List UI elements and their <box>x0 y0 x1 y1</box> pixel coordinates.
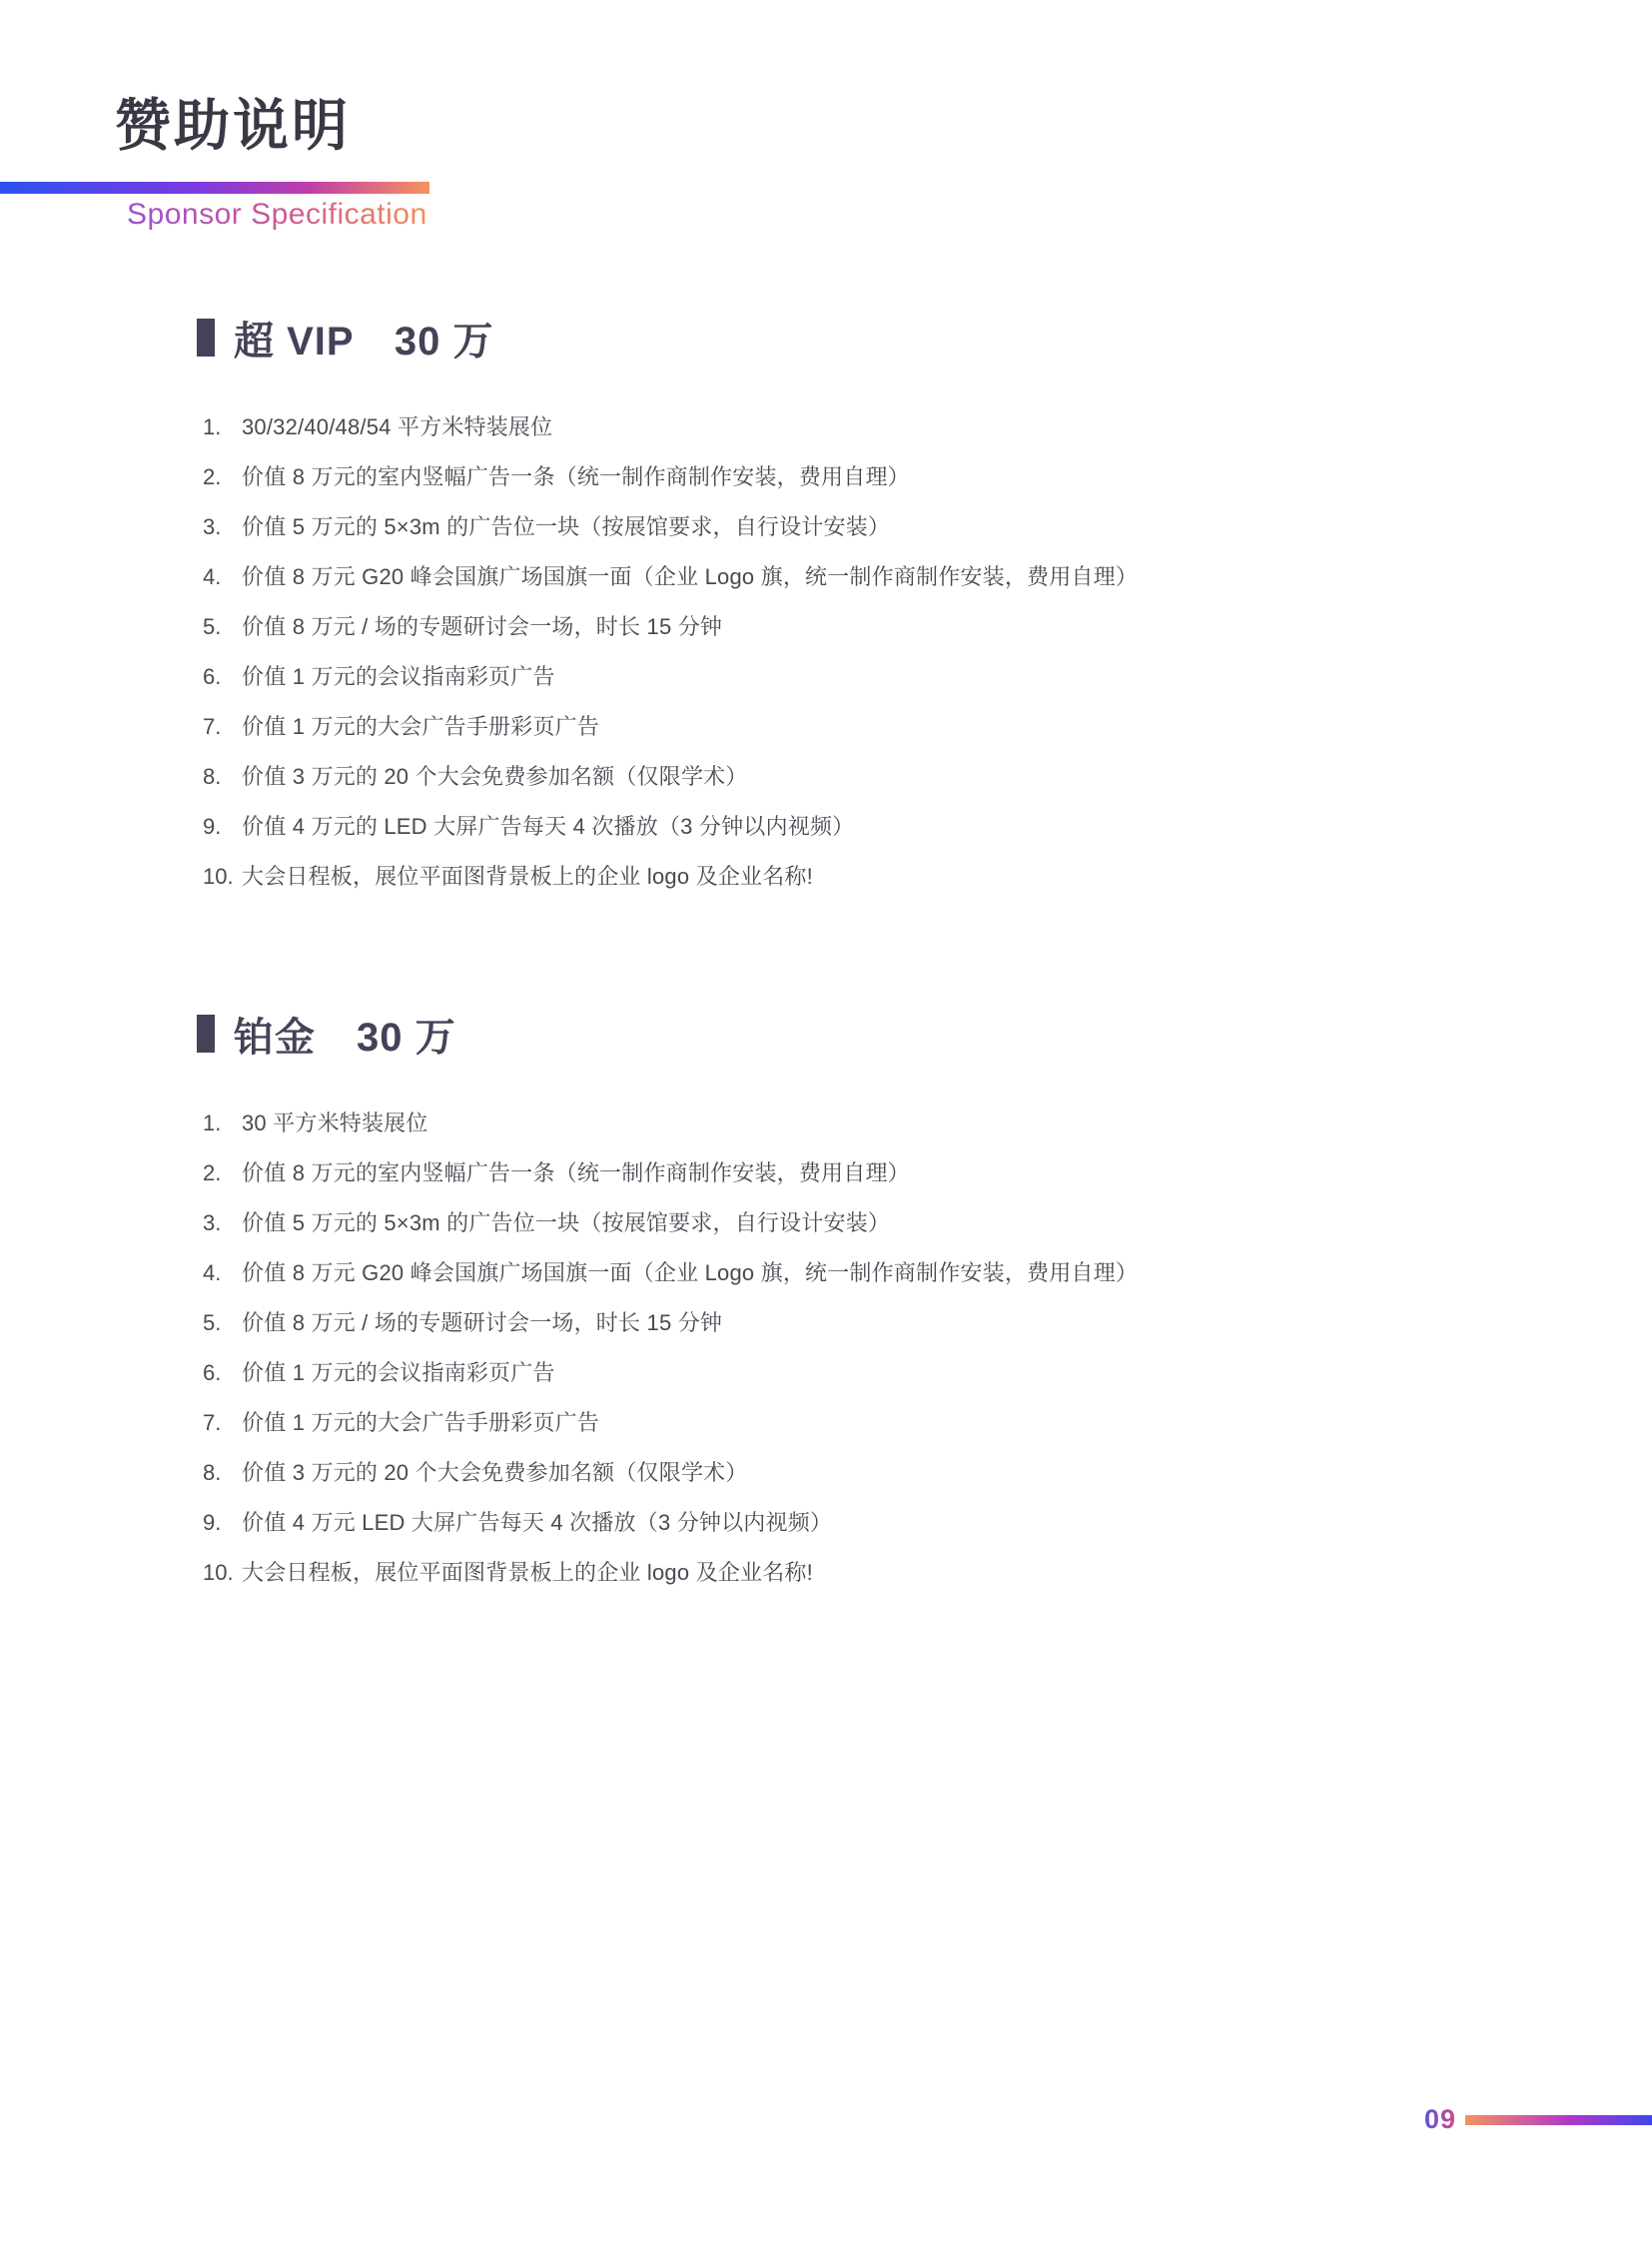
list-item: 1.30/32/40/48/54 平方米特装展位 <box>203 415 1652 438</box>
sponsor-tier-section-platinum: 铂金 30 万 1.30 平方米特装展位2.价值 8 万元的室内竖幅广告一条（统… <box>0 1012 1652 1611</box>
list-item-text: 价值 4 万元 LED 大屏广告每天 4 次播放（3 分钟以内视频） <box>242 1511 832 1534</box>
list-item-text: 30 平方米特装展位 <box>242 1112 428 1134</box>
list-item-number: 6. <box>203 1361 242 1384</box>
list-item: 8.价值 3 万元的 20 个大会免费参加名额（仅限学术） <box>203 1461 1652 1484</box>
list-item-text: 价值 3 万元的 20 个大会免费参加名额（仅限学术） <box>242 765 748 788</box>
list-item: 2.价值 8 万元的室内竖幅广告一条（统一制作商制作安装，费用自理） <box>203 1161 1652 1184</box>
list-item-number: 4. <box>203 1261 242 1284</box>
list-item-text: 价值 8 万元的室内竖幅广告一条（统一制作商制作安装，费用自理） <box>242 465 910 488</box>
list-item-text: 价值 1 万元的大会广告手册彩页广告 <box>242 1411 599 1434</box>
list-item-number: 6. <box>203 665 242 688</box>
list-item-number: 7. <box>203 1411 242 1434</box>
list-item-text: 价值 8 万元 / 场的专题研讨会一场，时长 15 分钟 <box>242 615 722 638</box>
list-item-text: 价值 5 万元的 5×3m 的广告位一块（按展馆要求，自行设计安装） <box>242 515 890 538</box>
list-item-number: 3. <box>203 515 242 538</box>
list-item-text: 价值 8 万元 G20 峰会国旗广场国旗一面（企业 Logo 旗，统一制作商制作… <box>242 1261 1138 1284</box>
list-item: 5.价值 8 万元 / 场的专题研讨会一场，时长 15 分钟 <box>203 1311 1652 1334</box>
list-item-number: 1. <box>203 1112 242 1134</box>
list-item-number: 1. <box>203 415 242 438</box>
section-heading: 超 VIP 30 万 <box>197 316 1652 360</box>
list-item-number: 8. <box>203 1461 242 1484</box>
list-item: 1.30 平方米特装展位 <box>203 1112 1652 1134</box>
list-item-number: 10. <box>203 865 242 888</box>
list-item-number: 5. <box>203 615 242 638</box>
list-item-number: 7. <box>203 715 242 738</box>
page-title: 赞助说明 <box>115 82 351 162</box>
benefit-list: 1.30 平方米特装展位2.价值 8 万元的室内竖幅广告一条（统一制作商制作安装… <box>203 1112 1652 1584</box>
list-item-number: 8. <box>203 765 242 788</box>
list-item-text: 30/32/40/48/54 平方米特装展位 <box>242 415 552 438</box>
list-item-number: 2. <box>203 1161 242 1184</box>
list-item: 6.价值 1 万元的会议指南彩页广告 <box>203 1361 1652 1384</box>
list-item: 2.价值 8 万元的室内竖幅广告一条（统一制作商制作安装，费用自理） <box>203 465 1652 488</box>
list-item-text: 价值 5 万元的 5×3m 的广告位一块（按展馆要求，自行设计安装） <box>242 1211 890 1234</box>
section-marker-bar <box>197 1015 215 1053</box>
list-item: 7.价值 1 万元的大会广告手册彩页广告 <box>203 1411 1652 1434</box>
list-item: 10.大会日程板，展位平面图背景板上的企业 logo 及企业名称! <box>203 865 1652 888</box>
list-item-number: 9. <box>203 1511 242 1534</box>
list-item-text: 价值 1 万元的大会广告手册彩页广告 <box>242 715 599 738</box>
footer-gradient-bar <box>1465 2115 1652 2125</box>
list-item: 10.大会日程板，展位平面图背景板上的企业 logo 及企业名称! <box>203 1561 1652 1584</box>
page-number: 09 <box>1424 2106 1456 2133</box>
list-item: 5.价值 8 万元 / 场的专题研讨会一场，时长 15 分钟 <box>203 615 1652 638</box>
section-title: 铂金 30 万 <box>234 1006 456 1063</box>
page-subtitle: Sponsor Specification <box>127 198 427 232</box>
list-item-text: 大会日程板，展位平面图背景板上的企业 logo 及企业名称! <box>242 1561 813 1584</box>
list-item: 7.价值 1 万元的大会广告手册彩页广告 <box>203 715 1652 738</box>
list-item-text: 价值 1 万元的会议指南彩页广告 <box>242 665 555 688</box>
sponsor-tier-section-super-vip: 超 VIP 30 万 1.30/32/40/48/54 平方米特装展位2.价值 … <box>0 316 1652 915</box>
list-item-text: 价值 8 万元 G20 峰会国旗广场国旗一面（企业 Logo 旗，统一制作商制作… <box>242 565 1138 588</box>
list-item-number: 10. <box>203 1561 242 1584</box>
benefit-list: 1.30/32/40/48/54 平方米特装展位2.价值 8 万元的室内竖幅广告… <box>203 415 1652 888</box>
list-item: 9.价值 4 万元的 LED 大屏广告每天 4 次播放（3 分钟以内视频） <box>203 815 1652 838</box>
list-item-text: 价值 3 万元的 20 个大会免费参加名额（仅限学术） <box>242 1461 748 1484</box>
list-item: 3.价值 5 万元的 5×3m 的广告位一块（按展馆要求，自行设计安装） <box>203 515 1652 538</box>
list-item: 4.价值 8 万元 G20 峰会国旗广场国旗一面（企业 Logo 旗，统一制作商… <box>203 1261 1652 1284</box>
list-item: 8.价值 3 万元的 20 个大会免费参加名额（仅限学术） <box>203 765 1652 788</box>
list-item: 6.价值 1 万元的会议指南彩页广告 <box>203 665 1652 688</box>
list-item-number: 4. <box>203 565 242 588</box>
list-item-number: 9. <box>203 815 242 838</box>
header-gradient-bar <box>0 182 429 194</box>
section-title: 超 VIP 30 万 <box>234 310 493 367</box>
list-item-number: 5. <box>203 1311 242 1334</box>
list-item: 4.价值 8 万元 G20 峰会国旗广场国旗一面（企业 Logo 旗，统一制作商… <box>203 565 1652 588</box>
list-item: 9.价值 4 万元 LED 大屏广告每天 4 次播放（3 分钟以内视频） <box>203 1511 1652 1534</box>
list-item: 3.价值 5 万元的 5×3m 的广告位一块（按展馆要求，自行设计安装） <box>203 1211 1652 1234</box>
section-heading: 铂金 30 万 <box>197 1012 1652 1056</box>
list-item-number: 2. <box>203 465 242 488</box>
page-footer: 09 <box>1424 2106 1652 2133</box>
section-marker-bar <box>197 319 215 357</box>
list-item-text: 价值 8 万元 / 场的专题研讨会一场，时长 15 分钟 <box>242 1311 722 1334</box>
list-item-text: 价值 1 万元的会议指南彩页广告 <box>242 1361 555 1384</box>
list-item-text: 价值 4 万元的 LED 大屏广告每天 4 次播放（3 分钟以内视频） <box>242 815 854 838</box>
list-item-number: 3. <box>203 1211 242 1234</box>
list-item-text: 大会日程板，展位平面图背景板上的企业 logo 及企业名称! <box>242 865 813 888</box>
list-item-text: 价值 8 万元的室内竖幅广告一条（统一制作商制作安装，费用自理） <box>242 1161 910 1184</box>
